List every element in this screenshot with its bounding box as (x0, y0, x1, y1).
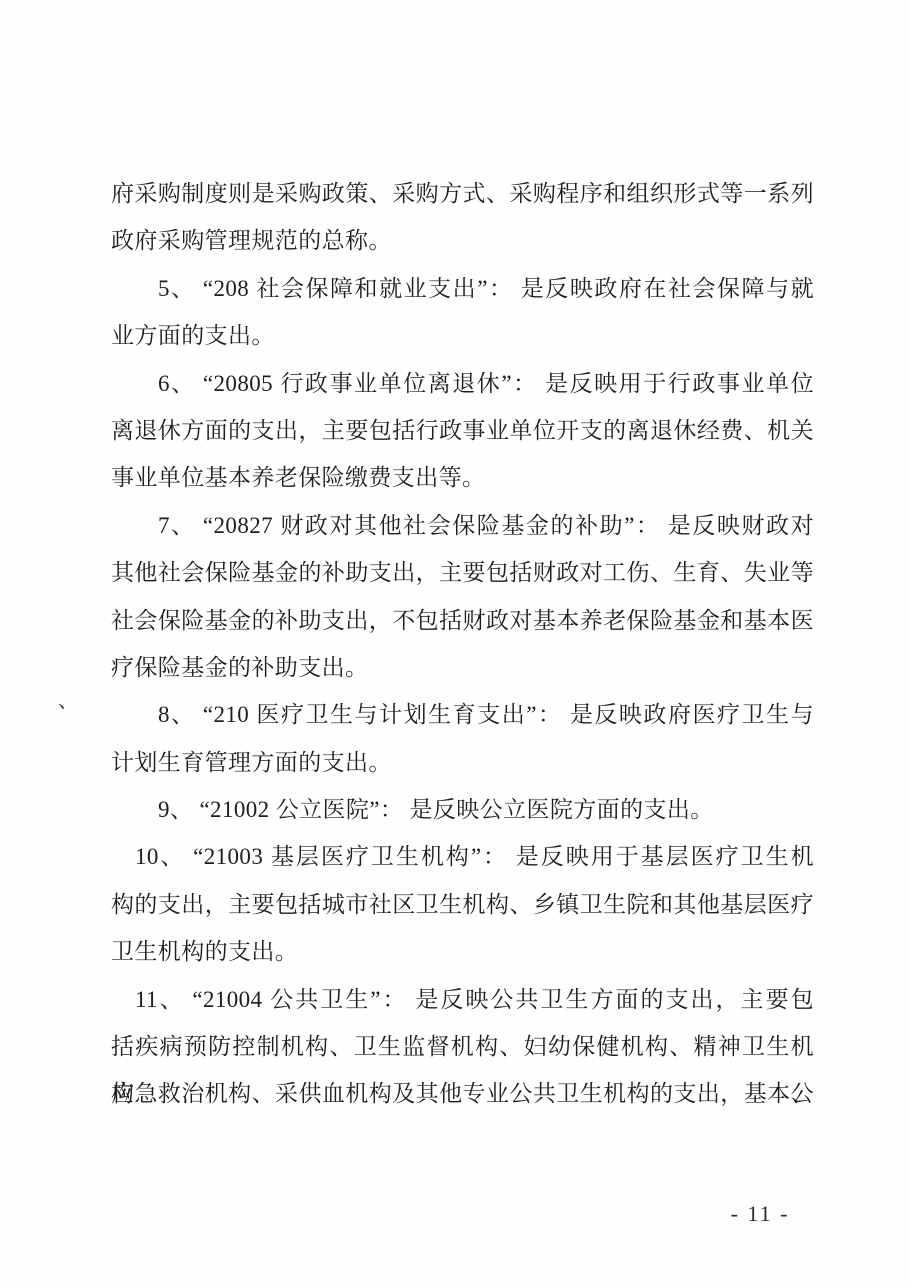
text-line: 应急救治机构、采供血机构及其他专业公共卫生机构的支出，基本公 (111, 1070, 814, 1117)
margin-stray-mark: 、 (58, 684, 78, 713)
text-line: 其他社会保险基金的补助支出，主要包括财政对工伤、生育、失业等 (111, 549, 814, 596)
text-line: 社会保险基金的补助支出，不包括财政对基本养老保险基金和基本医 (111, 597, 814, 644)
text-line: 疗保险基金的补助支出。 (111, 644, 814, 691)
text-line: 卫生机构的支出。 (111, 928, 814, 975)
text-line: 政府采购管理规范的总称。 (111, 217, 814, 264)
text-line: 事业单位基本养老保险缴费支出等。 (111, 454, 814, 501)
text-line-item-9: 9、 “21002 公立医院”： 是反映公立医院方面的支出。 (111, 786, 814, 833)
page-number: - 11 - (700, 1201, 820, 1227)
text-line: 构的支出，主要包括城市社区卫生机构、乡镇卫生院和其他基层医疗 (111, 881, 814, 928)
text-line: 府采购制度则是采购政策、采购方式、采购程序和组织形式等一系列 (111, 170, 814, 217)
text-line: 业方面的支出。 (111, 312, 814, 359)
text-line: 离退休方面的支出，主要包括行政事业单位开支的离退休经费、机关 (111, 407, 814, 454)
text-line: 括疾病预防控制机构、卫生监督机构、妇幼保健机构、精神卫生机构、 (111, 1023, 814, 1070)
text-line: 计划生育管理方面的支出。 (111, 739, 814, 786)
text-line-item-8: 8、 “210 医疗卫生与计划生育支出”： 是反映政府医疗卫生与 (111, 691, 814, 738)
text-line-item-6: 6、 “20805 行政事业单位离退休”： 是反映用于行政事业单位 (111, 360, 814, 407)
body-text-column: 府采购制度则是采购政策、采购方式、采购程序和组织形式等一系列 政府采购管理规范的… (111, 170, 814, 1118)
text-line-item-11: 11、 “21004 公共卫生”： 是反映公共卫生方面的支出，主要包 (111, 976, 814, 1023)
text-line-item-5: 5、 “208 社会保障和就业支出”： 是反映政府在社会保障与就 (111, 265, 814, 312)
scanned-document-page: 府采购制度则是采购政策、采购方式、采购程序和组织形式等一系列 政府采购管理规范的… (0, 0, 910, 1287)
text-line-item-7: 7、 “20827 财政对其他社会保险基金的补助”： 是反映财政对 (111, 502, 814, 549)
text-line-item-10: 10、 “21003 基层医疗卫生机构”： 是反映用于基层医疗卫生机 (111, 833, 814, 880)
